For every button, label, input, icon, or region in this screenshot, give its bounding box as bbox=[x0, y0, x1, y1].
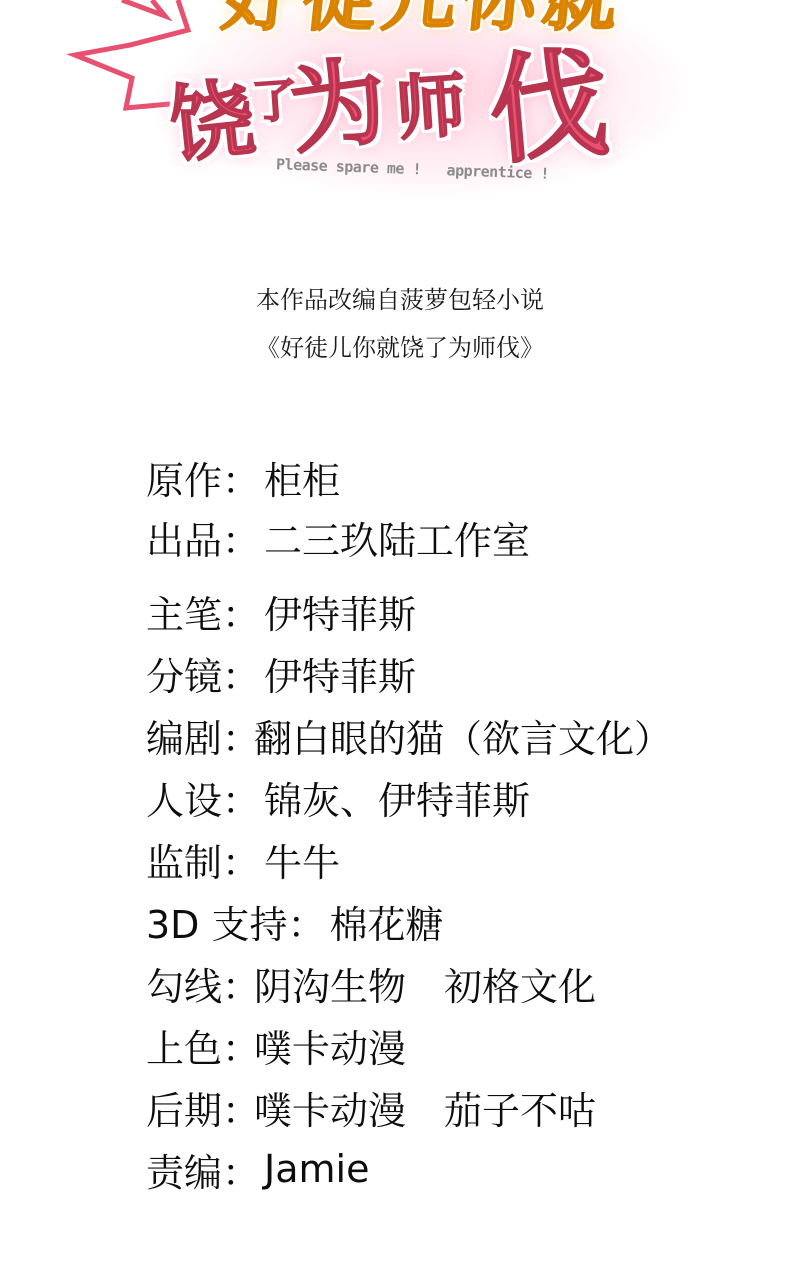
credit-row-3d-support: 3D 支持 ： 棉花糖 bbox=[146, 896, 444, 946]
credit-name: 二三玖陆工作室 bbox=[264, 510, 530, 565]
credit-colon: ： bbox=[222, 770, 264, 825]
credit-role: 3D 支持 bbox=[146, 894, 288, 949]
credit-role: 编剧 bbox=[146, 708, 222, 763]
comic-title-logo: 好 徒 儿 你 就 饶 了 为 师 伐 Please spare me ! ap… bbox=[0, 0, 800, 210]
credit-name: 柜柜 bbox=[264, 450, 340, 505]
credit-row-supervisor: 监制 ： 牛牛 bbox=[146, 834, 340, 884]
adaptation-note: 本作品改编自菠萝包轻小说 《好徒儿你就饶了为师伐》 bbox=[0, 276, 800, 372]
credit-row-screenwriter: 编剧 ： 翻白眼的猫（欲言文化） bbox=[146, 710, 672, 760]
credit-colon: ： bbox=[222, 832, 264, 887]
credit-row-storyboard: 分镜 ： 伊特菲斯 bbox=[146, 648, 416, 698]
credit-row-editor: 责编 ： Jamie bbox=[146, 1144, 369, 1194]
credit-name: 噗卡动漫 bbox=[254, 1080, 406, 1135]
credit-row-line-art: 勾线 ： 阴沟生物 初格文化 bbox=[146, 958, 596, 1008]
credit-name: 牛牛 bbox=[264, 832, 340, 887]
credit-name: 翻白眼的猫（欲言文化） bbox=[254, 708, 672, 763]
credit-row-lead-artist: 主笔 ： 伊特菲斯 bbox=[146, 586, 416, 636]
credit-role: 上色 bbox=[146, 1018, 222, 1073]
credit-colon: ： bbox=[222, 1018, 254, 1073]
credit-role: 监制 bbox=[146, 832, 222, 887]
adaptation-line-2: 《好徒儿你就饶了为师伐》 bbox=[0, 324, 800, 372]
credit-name: 噗卡动漫 bbox=[254, 1018, 406, 1073]
credit-role: 出品 bbox=[146, 510, 222, 565]
title-char: 饶 bbox=[166, 76, 258, 168]
credit-name: Jamie bbox=[264, 1147, 369, 1191]
credit-name-secondary: 茄子不咕 bbox=[444, 1080, 596, 1135]
credit-role: 主笔 bbox=[146, 584, 222, 639]
credit-role: 责编 bbox=[146, 1142, 222, 1197]
credit-row-coloring: 上色 ： 噗卡动漫 bbox=[146, 1020, 406, 1070]
credit-row-post-production: 后期 ： 噗卡动漫 茄子不咕 bbox=[146, 1082, 596, 1132]
credit-colon: ： bbox=[222, 510, 264, 565]
credit-name-secondary: 初格文化 bbox=[444, 956, 596, 1011]
credit-colon: ： bbox=[222, 584, 264, 639]
credit-role: 原作 bbox=[146, 450, 222, 505]
adaptation-line-1: 本作品改编自菠萝包轻小说 bbox=[0, 276, 800, 324]
credit-role: 分镜 bbox=[146, 646, 222, 701]
title-char: 你 bbox=[459, 0, 541, 38]
credit-row-producer: 出品 ： 二三玖陆工作室 bbox=[146, 512, 530, 562]
title-top-line: 好 徒 儿 你 就 bbox=[180, 0, 660, 38]
credit-colon: ： bbox=[222, 450, 264, 505]
title-char: 伐 bbox=[485, 43, 613, 171]
title-char: 就 bbox=[539, 0, 621, 38]
title-char: 徒 bbox=[299, 0, 381, 38]
credit-colon: ： bbox=[222, 1080, 254, 1135]
credit-role: 后期 bbox=[146, 1080, 222, 1135]
credit-name: 锦灰、伊特菲斯 bbox=[264, 770, 530, 825]
credit-colon: ： bbox=[222, 708, 254, 763]
credit-role: 勾线 bbox=[146, 956, 222, 1011]
credit-name: 阴沟生物 bbox=[254, 956, 406, 1011]
credit-role: 人设 bbox=[146, 770, 222, 825]
credit-colon: ： bbox=[222, 646, 264, 701]
title-char: 儿 bbox=[379, 0, 461, 38]
title-char: 好 bbox=[219, 0, 301, 38]
credit-row-original-author: 原作 ： 柜柜 bbox=[146, 452, 340, 502]
credit-name: 棉花糖 bbox=[330, 894, 444, 949]
credit-name: 伊特菲斯 bbox=[264, 646, 416, 701]
credit-colon: ： bbox=[288, 894, 330, 949]
credit-row-character-design: 人设 ： 锦灰、伊特菲斯 bbox=[146, 772, 530, 822]
credit-colon: ： bbox=[222, 956, 254, 1011]
credit-colon: ： bbox=[222, 1142, 264, 1197]
title-char: 为 bbox=[284, 52, 392, 160]
credit-name: 伊特菲斯 bbox=[264, 584, 416, 639]
title-char: 师 bbox=[394, 70, 469, 145]
